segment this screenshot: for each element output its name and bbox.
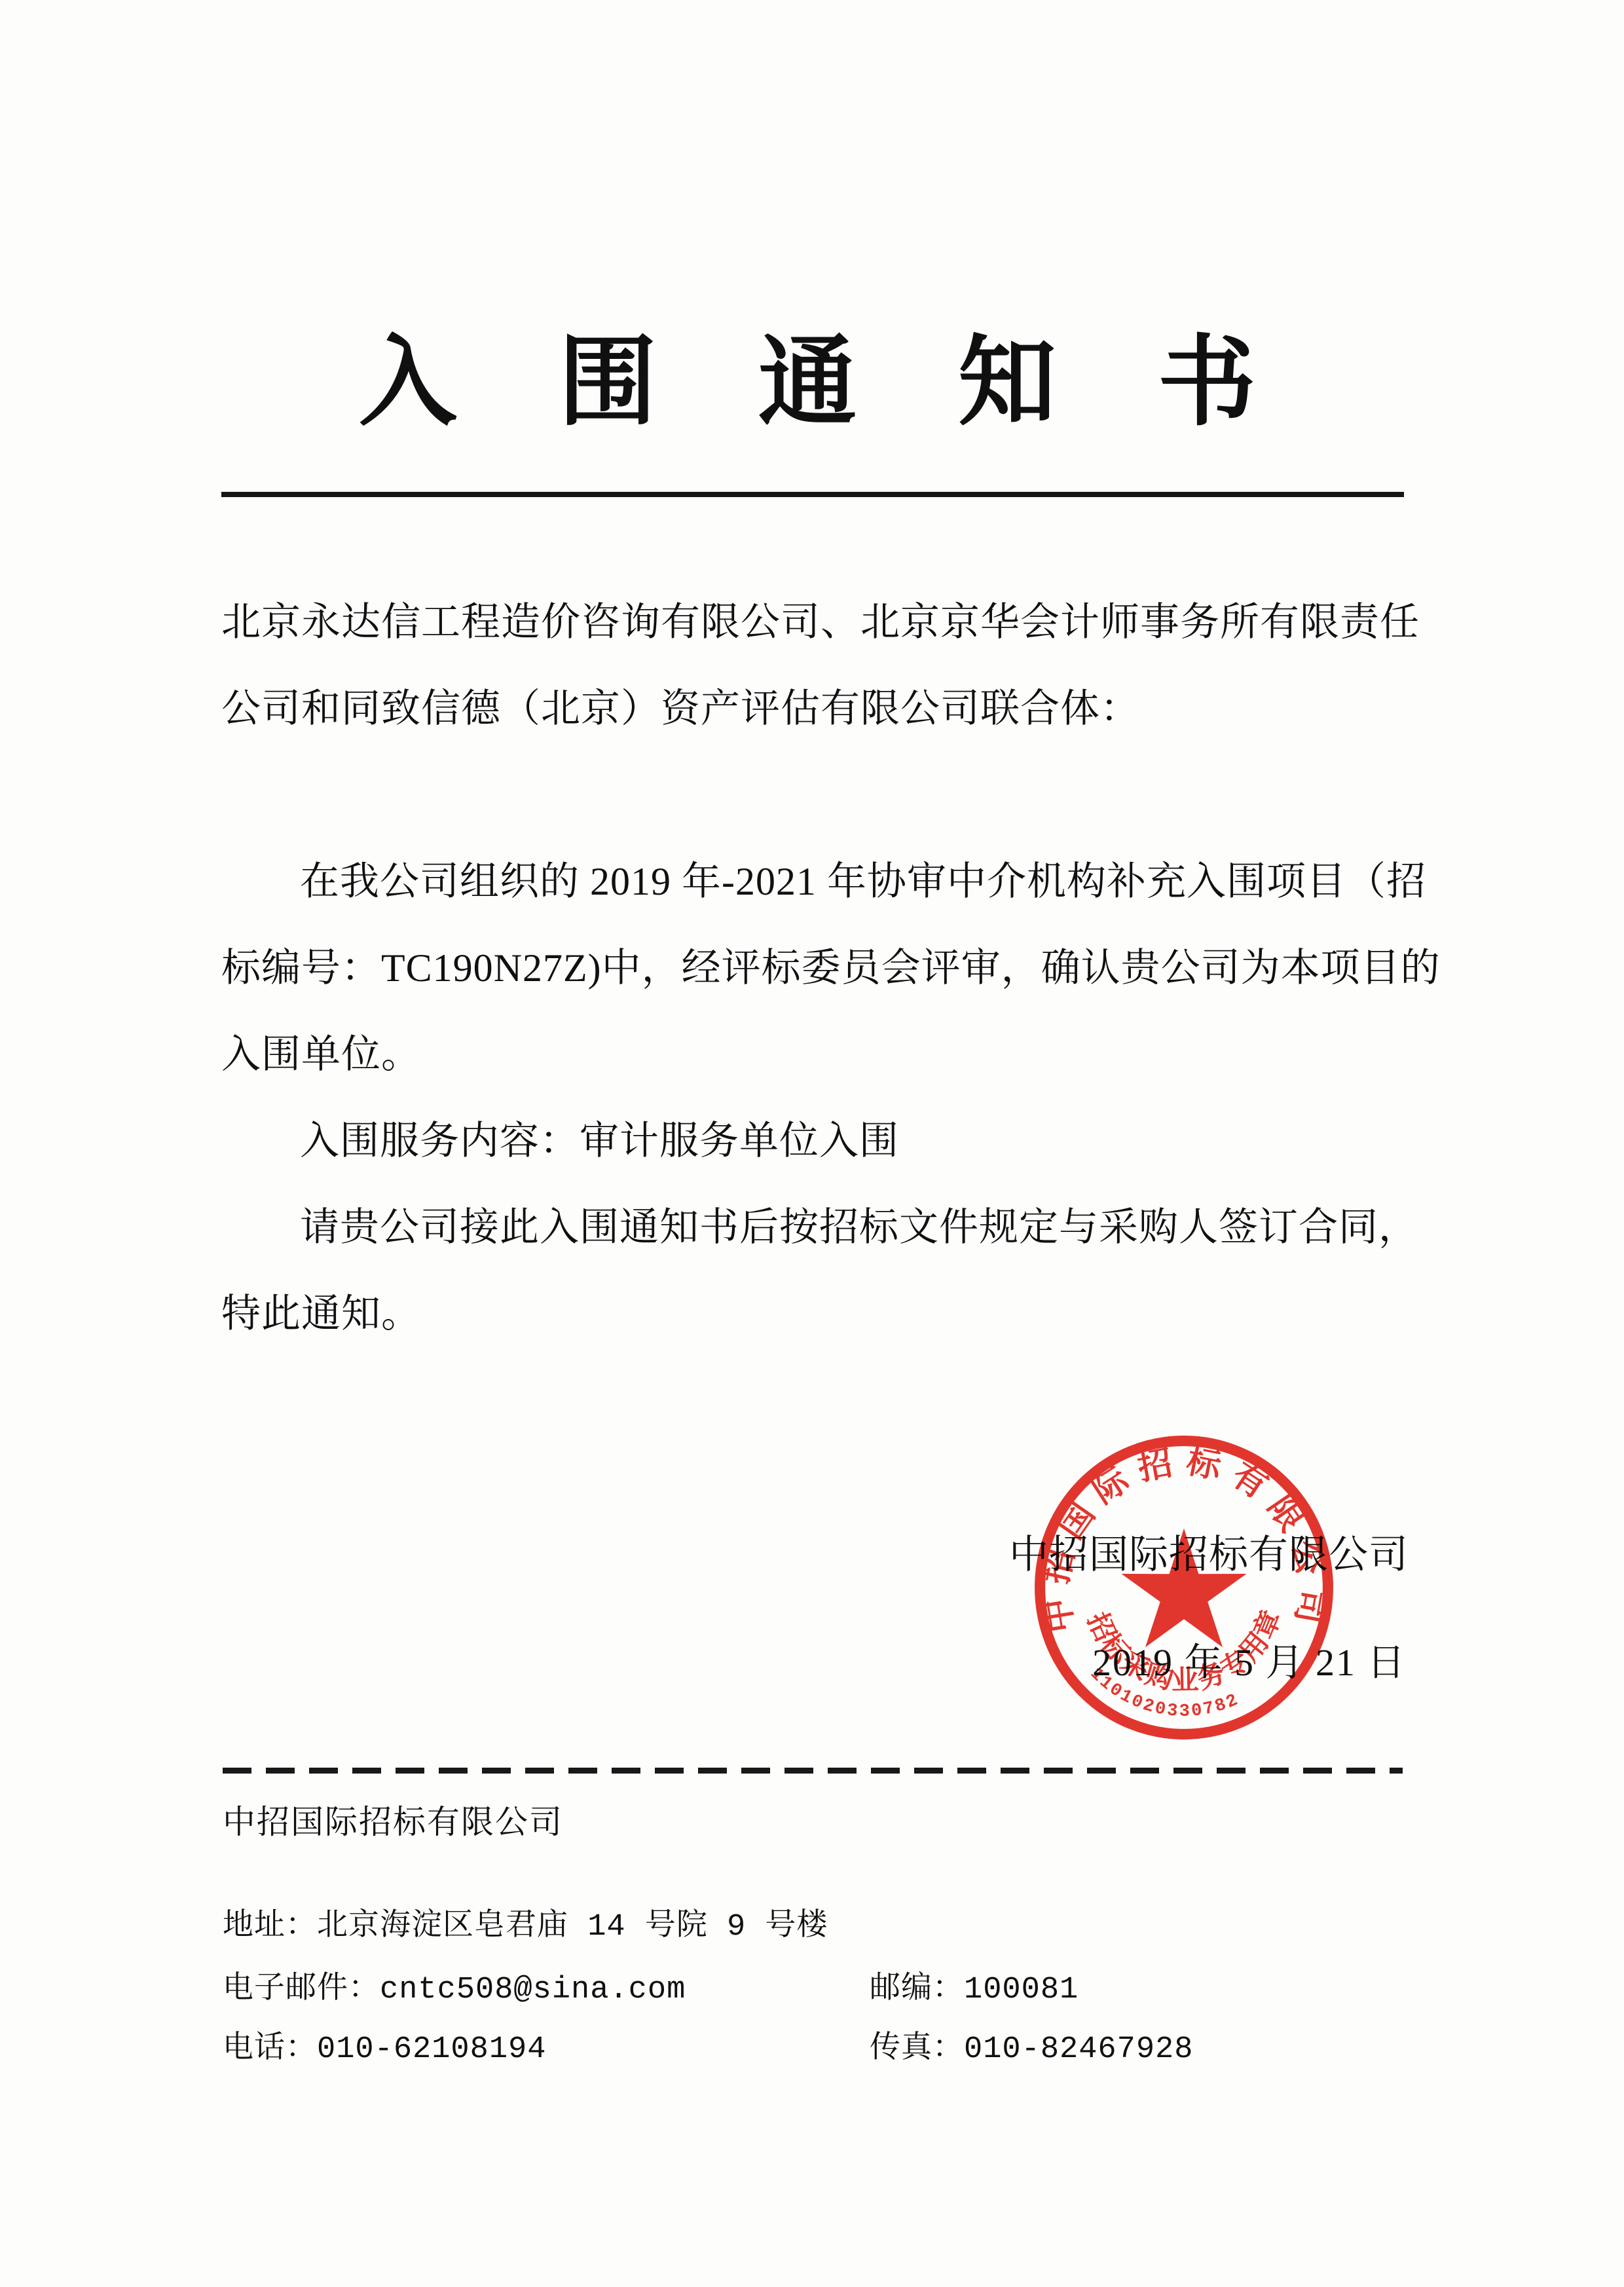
address-label: 地址：	[223, 1906, 317, 1941]
footer-email-row: 电子邮件：cntc508@sina.com	[223, 1969, 686, 2009]
email-value: cntc508@sina.com	[380, 1973, 686, 2007]
fax-label: 传真：	[870, 2029, 964, 2064]
body-line: 入围服务内容：审计服务单位入围	[300, 1098, 899, 1184]
separator-dashed-line	[223, 1768, 1403, 1774]
company-seal: 中招国际招标有限公司 招标采购业务专用章 1101020330782	[1029, 1433, 1338, 1742]
phone-value: 010-62108194	[317, 2032, 546, 2067]
document-page: 入围通知书 北京永达信工程造价咨询有限公司、北京京华会计师事务所有限责任 公司和…	[0, 0, 1624, 2287]
body-line: 请贵公司接此入围通知书后按招标文件规定与采购人签订合同，	[300, 1184, 1418, 1271]
zip-value: 100081	[964, 1973, 1079, 2007]
email-label: 电子邮件：	[223, 1969, 380, 2004]
phone-label: 电话：	[223, 2029, 317, 2064]
footer-fax-row: 传真：010-82467928	[870, 2028, 1193, 2068]
body-line: 在我公司组织的 2019 年-2021 年协审中介机构补充入围项目（招	[300, 838, 1426, 925]
recipient-line: 北京永达信工程造价咨询有限公司、北京京华会计师事务所有限责任	[221, 579, 1420, 665]
seal-star-icon	[1121, 1529, 1246, 1648]
body-line: 标编号：TC190N27Z)中，经评标委员会评审，确认贵公司为本项目的	[221, 925, 1441, 1011]
page-title: 入围通知书	[359, 327, 1357, 439]
footer-phone-row: 电话：010-62108194	[223, 2028, 546, 2068]
body-line: 特此通知。	[221, 1271, 421, 1357]
fax-value: 010-82467928	[964, 2032, 1193, 2067]
body-line: 入围单位。	[221, 1011, 421, 1098]
address-value: 北京海淀区皂君庙 14 号院 9 号楼	[317, 1910, 828, 1944]
footer-company: 中招国际招标有限公司	[223, 1804, 563, 1840]
title-underline	[221, 492, 1404, 497]
recipient-line: 公司和同致信德（北京）资产评估有限公司联合体：	[221, 665, 1140, 752]
footer-zip-row: 邮编：100081	[870, 1969, 1079, 2009]
zip-label: 邮编：	[870, 1969, 964, 2004]
footer-address-row: 地址：北京海淀区皂君庙 14 号院 9 号楼	[223, 1906, 828, 1946]
